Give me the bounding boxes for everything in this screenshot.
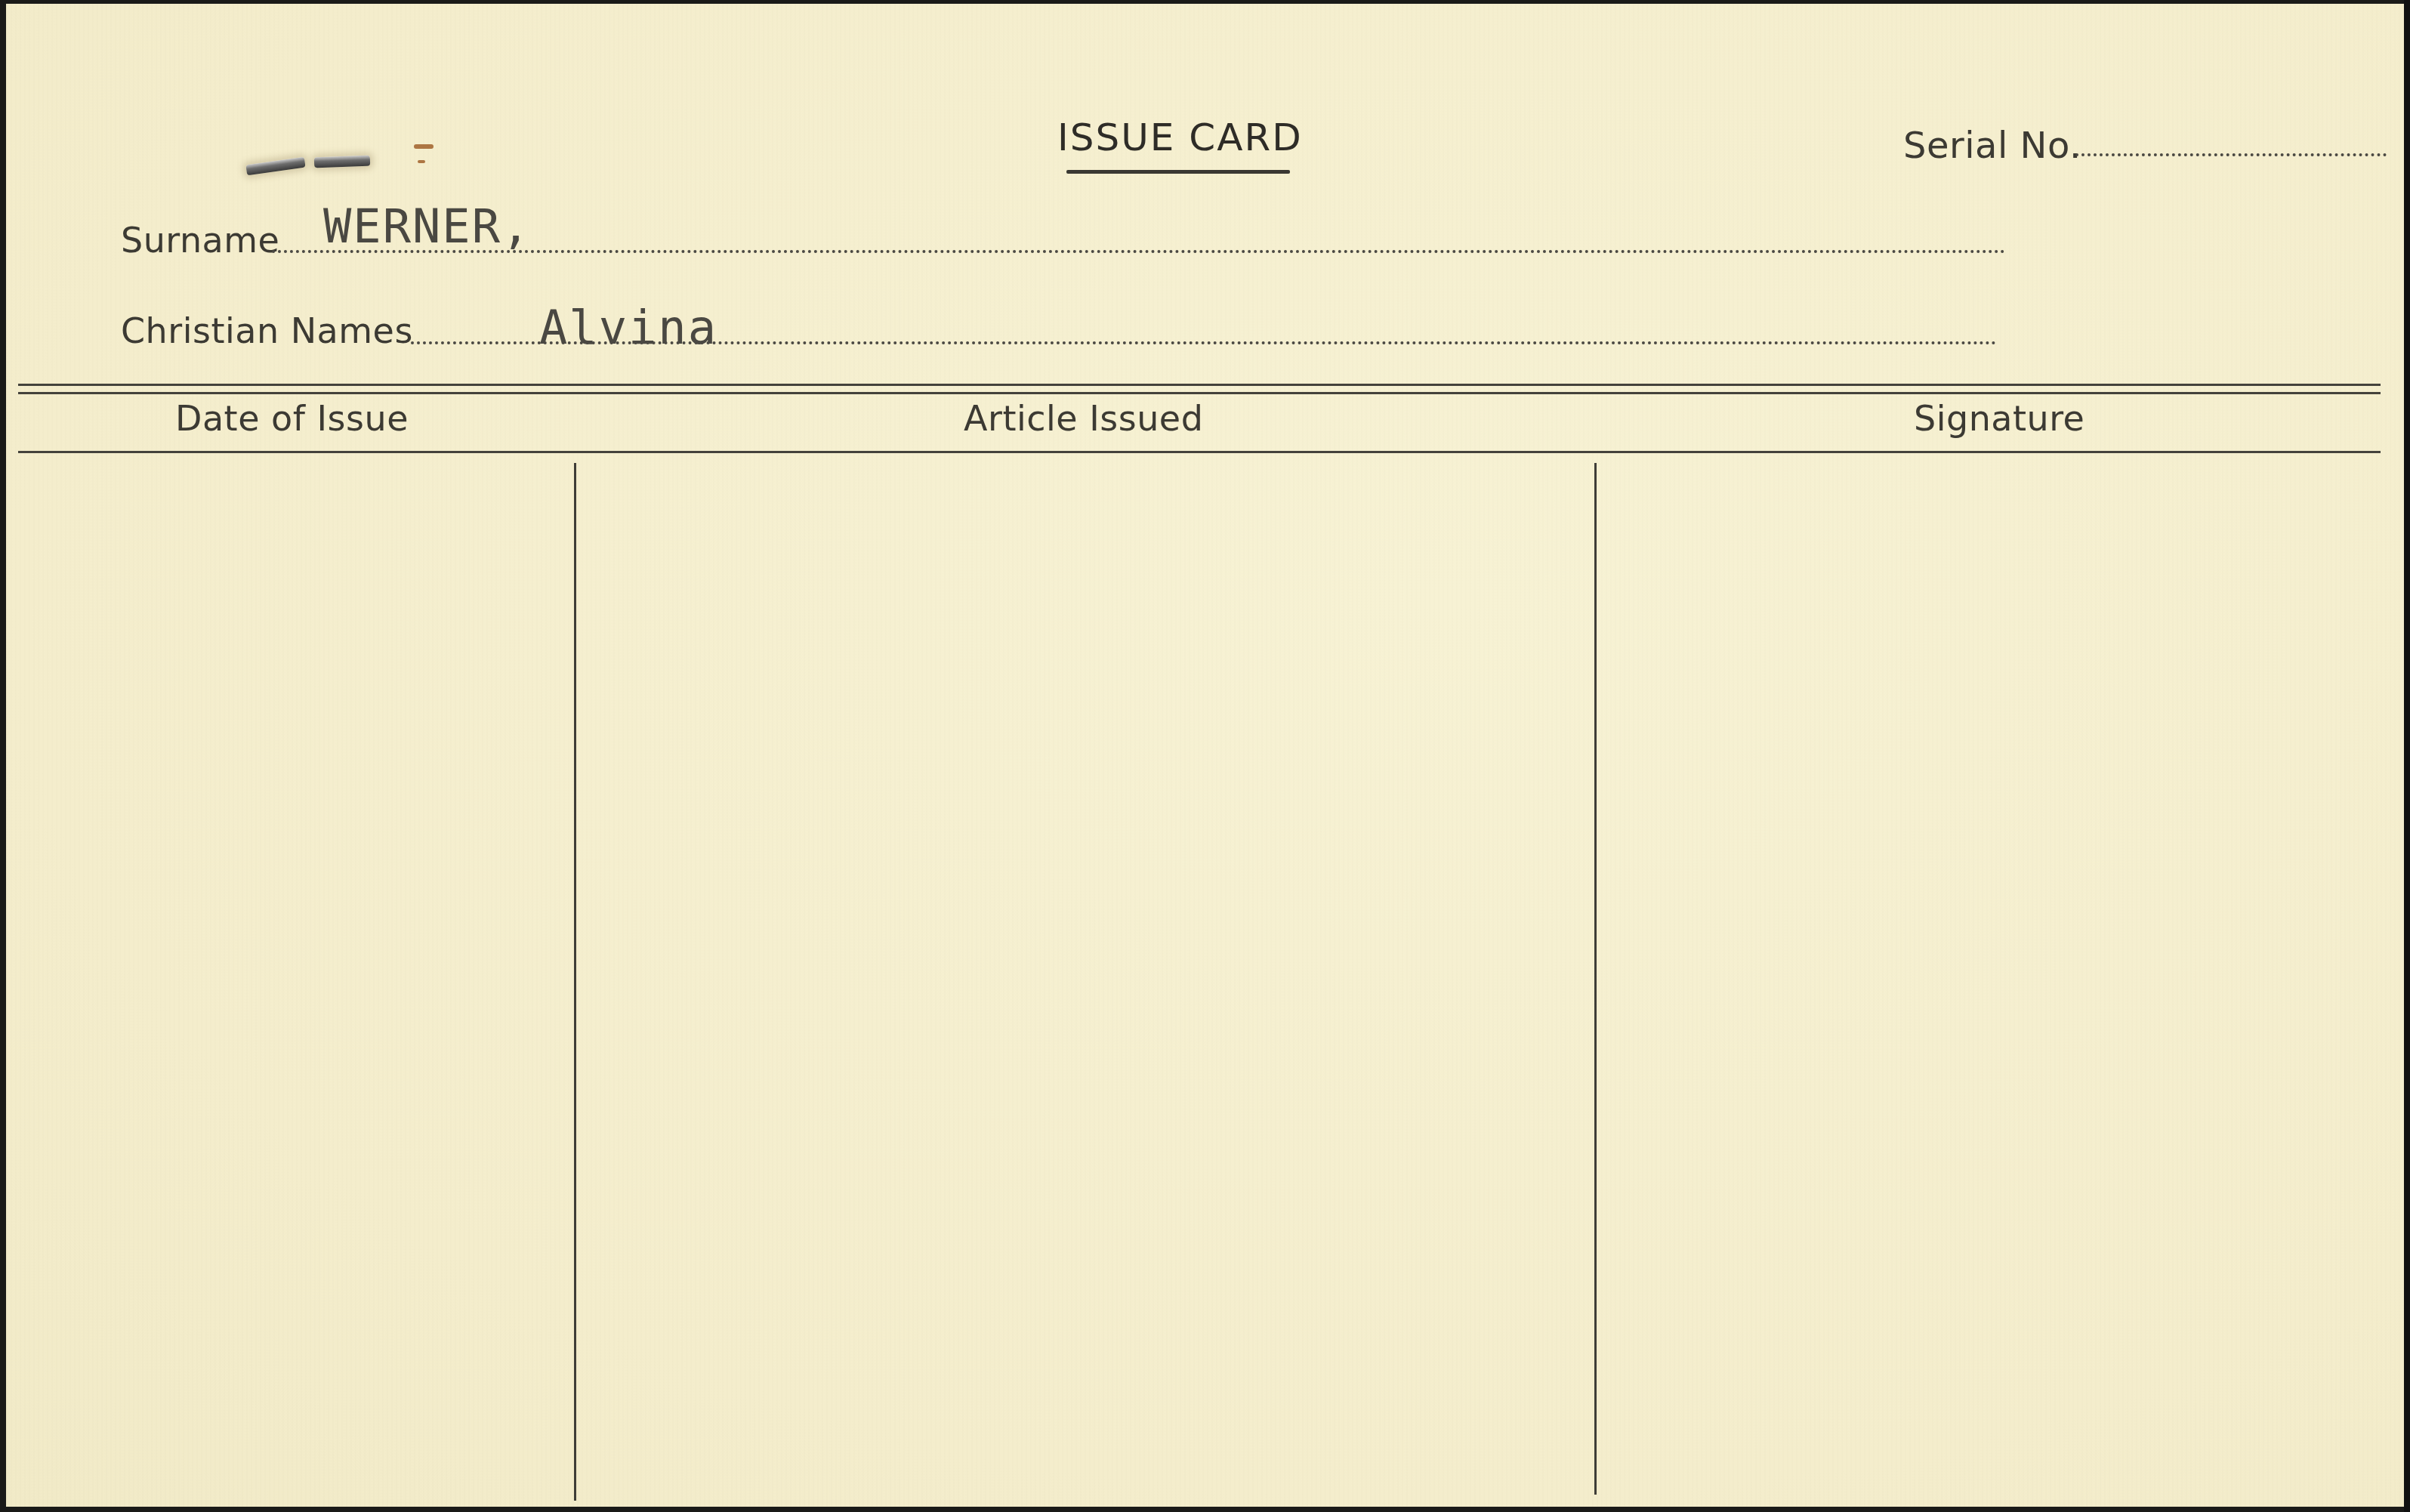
issue-card: ISSUE CARD Serial No. Surname WERNER, Ch… (6, 4, 2405, 1507)
christian-names-label: Christian Names (121, 310, 413, 351)
staple-icon (245, 157, 305, 176)
rust-mark (418, 160, 425, 163)
column-divider-2 (1594, 463, 1597, 1495)
serial-no-label: Serial No. (1903, 125, 2081, 167)
column-divider-1 (574, 463, 576, 1501)
article-issued-column[interactable] (579, 457, 1593, 1499)
surname-value: WERNER, (323, 199, 531, 254)
christian-names-value: Alvina (539, 300, 717, 355)
title-underline (1066, 170, 1290, 174)
header-bottom-rule (18, 451, 2381, 453)
card-title: ISSUE CARD (1057, 116, 1303, 159)
rust-mark (414, 144, 434, 149)
column-header-date-of-issue: Date of Issue (175, 398, 409, 439)
date-of-issue-column[interactable] (18, 457, 572, 1499)
staple-icon (314, 156, 370, 168)
column-header-article-issued: Article Issued (964, 398, 1203, 439)
serial-no-field[interactable] (2075, 153, 2387, 156)
scan-edge (2404, 0, 2410, 1512)
column-header-signature: Signature (1914, 398, 2084, 439)
surname-label: Surname (121, 220, 279, 261)
surname-field[interactable] (272, 250, 2006, 253)
header-double-rule-bottom (18, 392, 2381, 394)
header-double-rule-top (18, 384, 2381, 386)
signature-column[interactable] (1599, 457, 2384, 1499)
